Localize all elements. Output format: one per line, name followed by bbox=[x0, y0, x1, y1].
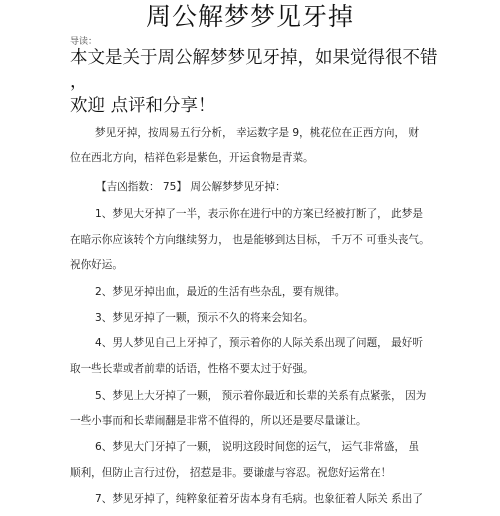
document-title: 周公解梦梦见牙掉 bbox=[0, 2, 500, 32]
paragraph-line: 取一些长辈或者前辈的话语，性格不要太过于好强。 bbox=[70, 362, 314, 376]
paragraph-line: 梦见牙掉，按周易五行分析， 幸运数字是 9，桃花位在正西方向， 财 bbox=[95, 126, 419, 140]
paragraph-line: 2、梦见牙掉出血，最近的生活有些杂乱，要有规律。 bbox=[95, 285, 345, 299]
paragraph-line: 在暗示你应该转个方向继续努力， 也是能够到达目标， 千万不 可垂头丧气。 bbox=[70, 233, 430, 247]
fortune-index-heading: 【吉凶指数： 75】 周公解梦梦见牙掉： bbox=[96, 180, 286, 194]
paragraph-line: 一些小事而和长辈闹翻是非常不值得的，所以还是要尽量谦让。 bbox=[70, 414, 367, 428]
paragraph-line: 祝你好运。 bbox=[70, 258, 123, 272]
paragraph-line: 5、梦见上大牙掉了一颗， 预示着你最近和长辈的关系有点紧张， 因为 bbox=[95, 389, 426, 403]
paragraph-line: 4、男人梦见自己上牙掉了，预示着你的人际关系出现了问题， 最好听 bbox=[95, 336, 423, 350]
paragraph-line: 顺利，但防止言行过份， 招惹是非。要谦虚与容忍。祝您好运常在！ bbox=[70, 466, 391, 480]
intro-line-3: 欢迎 点评和分享！ bbox=[70, 95, 216, 117]
paragraph-line: 位在西北方向，桔祥色彩是紫色，开运食物是青菜。 bbox=[70, 151, 314, 165]
guide-label: 导读： bbox=[70, 34, 97, 47]
intro-line-2: ， bbox=[70, 71, 88, 93]
paragraph-line: 7、梦见牙掉了，纯粹象征着牙齿本身有毛病。也象征着人际关 系出了 bbox=[95, 492, 423, 506]
intro-line-1: 本文是关于周公解梦梦见牙掉，如果觉得很不错 bbox=[70, 47, 438, 69]
paragraph-line: 3、梦见牙掉了一颗，预示不久的将来会知名。 bbox=[95, 311, 314, 325]
paragraph-line: 6、梦见大门牙掉了一颗， 说明这段时间您的运气， 运气非常盛， 虽 bbox=[95, 440, 419, 454]
paragraph-line: 1、梦见大牙掉了一半，表示你在进行中的方案已经被打断了， 此梦是 bbox=[95, 207, 423, 221]
